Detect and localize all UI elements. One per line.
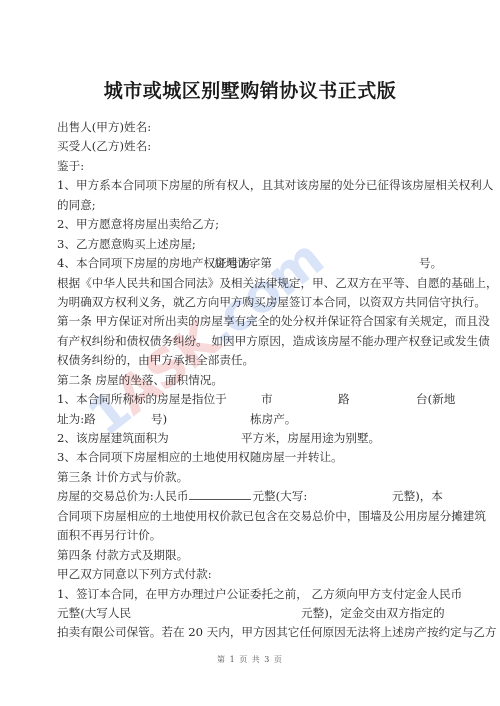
price-capital-label: 元整(大写: bbox=[252, 487, 307, 506]
certificate-prefix: 房地证字第 bbox=[214, 254, 272, 273]
seller-name-line: 出售人(甲方)姓名: bbox=[57, 118, 442, 137]
preamble-line-1: 根据《中华人民共和国合同法》及相关法律规定，甲、乙双方在平等、自愿的基础上， bbox=[57, 274, 442, 293]
new-address-building: 栋房产。 bbox=[250, 410, 296, 429]
article-1-line-3: 权债务纠纷的，由甲方承担全部责任。 bbox=[57, 351, 442, 370]
article-4-intro: 甲乙双方同意以下列方式付款: bbox=[57, 565, 442, 584]
article-3-line-2: 合同项下房屋相应的土地使用权价款已包含在交易总价中，围墙及公用房屋分摊建筑 bbox=[57, 507, 442, 526]
whereas-item-2: 2、甲方愿意将房屋出卖给乙方; bbox=[57, 215, 442, 234]
article-3-price: 房屋的交易总价为:人民币元整(大写: 元整)，本 bbox=[57, 487, 442, 506]
location-label: 1、本合同所称标的房屋是指位于 bbox=[57, 390, 227, 409]
document-body: 出售人(甲方)姓名: 买受人(乙方)姓名: 鉴于: 1、甲方系本合同项下房屋的所… bbox=[57, 118, 442, 643]
price-blank bbox=[189, 487, 251, 500]
certificate-suffix: 号。 bbox=[419, 254, 442, 273]
article-2-item-2: 2、该房屋建筑面积为 平方米，房屋用途为别墅。 bbox=[57, 429, 442, 448]
deposit-capital-label: 元整(大写人民 bbox=[57, 604, 131, 623]
article-2-item-1: 1、本合同所称标的房屋是指位于 市 路 台(新地 bbox=[57, 390, 442, 409]
document-page: 1ASK.com 城市或城区别墅购销协议书正式版 出售人(甲方)姓名: 买受人(… bbox=[0, 0, 500, 706]
preamble-line-2: 为明确双方权利义务，就乙方向甲方购买房屋签订本合同，以资双方共同信守执行。 bbox=[57, 293, 442, 312]
whereas-heading: 鉴于: bbox=[57, 157, 442, 176]
article-4-item-1-cont-2: 拍卖有限公司保管。若在 20 天内，甲方因其它任何原因无法将上述房产按约定与乙方 bbox=[57, 623, 442, 642]
area-unit-usage: 平方米，房屋用途为别墅。 bbox=[241, 429, 380, 448]
article-1-line-2: 有产权纠纷和债权债务纠纷。 如因甲方原因，造成该房屋不能办理产权登记或发生债 bbox=[57, 332, 442, 351]
whereas-item-4: 4、本合同项下房屋的房地产权证号为: 房地证字第 号。 bbox=[57, 254, 442, 273]
price-label: 房屋的交易总价为:人民币 bbox=[57, 487, 188, 506]
whereas-item-1: 1、甲方系本合同项下房屋的所有权人，且其对该房屋的处分已征得该房屋相关权利人 bbox=[57, 176, 442, 195]
article-1-line-1: 第一条 甲方保证对所出卖的房屋享有完全的处分权并保证符合国家有关规定，而且没 bbox=[57, 312, 442, 331]
price-capital-suffix: 元整)，本 bbox=[392, 487, 443, 506]
article-3-line-3: 面积不再另行计价。 bbox=[57, 526, 442, 545]
location-city: 市 bbox=[261, 390, 273, 409]
article-3-heading: 第三条 计价方式与价款。 bbox=[57, 468, 442, 487]
article-2-item-1-cont: 址为:路 号) 栋房产。 bbox=[57, 410, 442, 429]
new-address-number: 号) bbox=[151, 410, 167, 429]
article-2-item-3: 3、本合同项下房屋相应的土地使用权随房屋一并转让。 bbox=[57, 448, 442, 467]
whereas-item-1-cont: 的同意; bbox=[57, 196, 442, 215]
location-road: 路 bbox=[338, 390, 350, 409]
buyer-name-line: 买受人(乙方)姓名: bbox=[57, 137, 442, 156]
area-label: 2、该房屋建筑面积为 bbox=[57, 429, 169, 448]
new-address-road: 址为:路 bbox=[57, 410, 96, 429]
article-4-item-1: 1、签订本合同，在甲方办理过户公证委托之前， 乙方须向甲方支付定金人民币 bbox=[57, 585, 442, 604]
article-4-item-1-cont: 元整(大写人民 元整)，定金交由双方指定的 bbox=[57, 604, 442, 623]
article-2-heading: 第二条 房屋的坐落、面积情况。 bbox=[57, 371, 442, 390]
document-title: 城市或城区别墅购销协议书正式版 bbox=[0, 76, 500, 103]
deposit-capital-suffix: 元整)，定金交由双方指定的 bbox=[301, 604, 445, 623]
location-new-address: 台(新地 bbox=[416, 390, 455, 409]
article-4-heading: 第四条 付款方式及期限。 bbox=[57, 546, 442, 565]
whereas-item-3: 3、乙方愿意购买上述房屋; bbox=[57, 235, 442, 254]
page-number: 第 1 页 共 3 页 bbox=[0, 654, 500, 665]
